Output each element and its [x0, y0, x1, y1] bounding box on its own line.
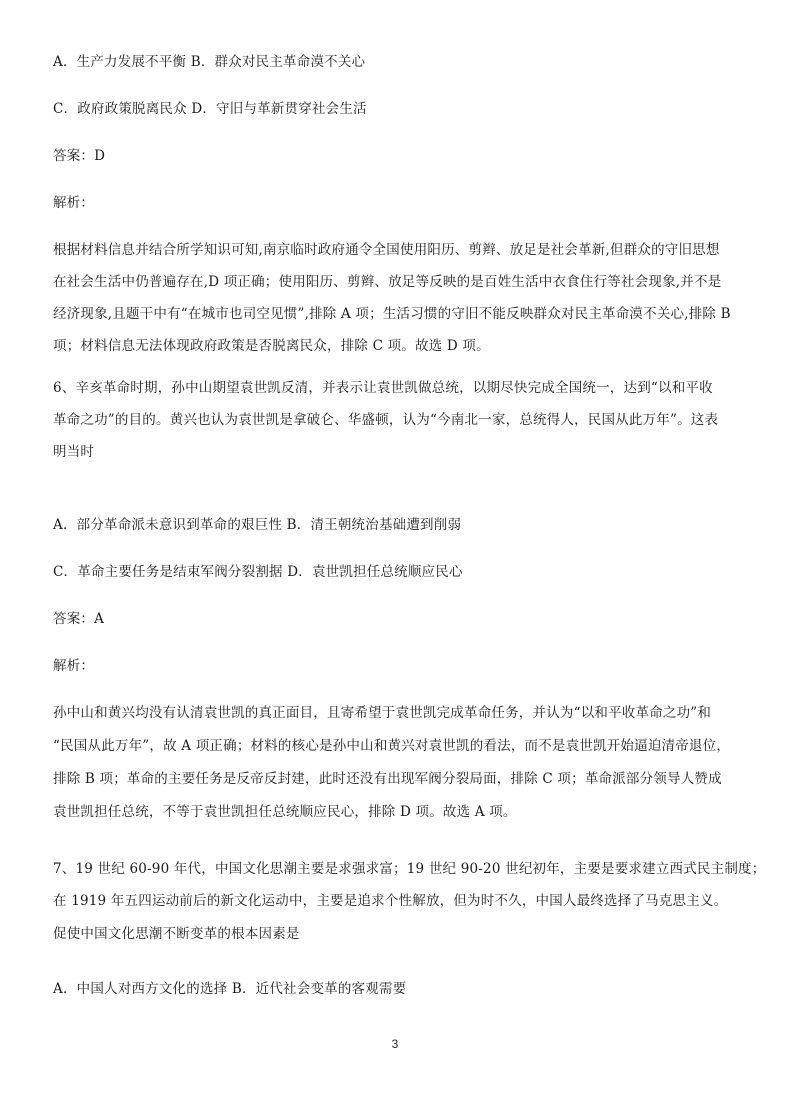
- q6-stem-line: 革命之功”的目的。黄兴也认为袁世凯是拿破仑、华盛顿，认为“今南北一家，总统得人，…: [53, 410, 718, 430]
- q5-analysis-line: 项；材料信息无法体现政府政策是否脱离民众，排除 C 项。故选 D 项。: [53, 336, 490, 356]
- q5-analysis-line: 在社会生活中仍普遍存在,D 项正确；使用阳历、剪辫、放足等反映的是百姓生活中衣食…: [53, 272, 721, 292]
- q5-option-ab: A．生产力发展不平衡 B．群众对民主革命漠不关心: [53, 52, 365, 72]
- q6-option-ab: A．部分革命派未意识到革命的艰巨性 B．清王朝统治基础遭到削弱: [53, 515, 461, 535]
- q5-answer: 答案：D: [53, 146, 105, 166]
- q5-analysis-line: 根据材料信息并结合所学知识可知,南京临时政府通令全国使用阳历、剪辫、放足是社会革…: [53, 240, 720, 260]
- q7-stem-line: 促使中国文化思潮不断变革的根本因素是: [53, 924, 300, 944]
- q6-stem-line: 6、辛亥革命时期，孙中山期望袁世凯反清，并表示让袁世凯做总统，以期尽快完成全国统…: [53, 378, 713, 398]
- document-page: A．生产力发展不平衡 B．群众对民主革命漠不关心 C．政府政策脱离民众 D．守旧…: [0, 0, 790, 1119]
- q6-option-cd: C．革命主要任务是结束军阀分裂割据 D．袁世凯担任总统顺应民心: [53, 562, 463, 582]
- q6-analysis-line: 袁世凯担任总统，不等于袁世凯担任总统顺应民心，排除 D 项。故选 A 项。: [53, 802, 517, 822]
- q6-analysis-line: 孙中山和黄兴均没有认清袁世凯的真正面目，且寄希望于袁世凯完成革命任务，并认为“以…: [53, 703, 711, 723]
- q7-option-ab: A．中国人对西方文化的选择 B．近代社会变革的客观需要: [53, 979, 406, 999]
- page-number: 3: [0, 1037, 790, 1051]
- q6-analysis-label: 解析：: [53, 656, 94, 676]
- q6-answer: 答案：A: [53, 609, 104, 629]
- q6-analysis-line: 排除 B 项；革命的主要任务是反帝反封建，此时还没有出现军阀分裂局面，排除 C …: [53, 769, 722, 789]
- q5-option-cd: C．政府政策脱离民众 D．守旧与革新贯穿社会生活: [53, 99, 367, 119]
- q5-analysis-label: 解析：: [53, 193, 94, 213]
- q6-stem-line: 明当时: [53, 442, 94, 462]
- q7-stem-line: 在 1919 年五四运动前后的新文化运动中，主要是追求个性解放，但为时不久，中国…: [53, 891, 727, 911]
- q5-analysis-line: 经济现象,且题干中有“在城市也司空见惯”,排除 A 项；生活习惯的守旧不能反映群…: [53, 304, 731, 324]
- q7-stem-line: 7、19 世纪 60-90 年代，中国文化思潮主要是求强求富；19 世纪 90-…: [53, 859, 765, 879]
- q6-analysis-line: “民国从此万年”，故 A 项正确；材料的核心是孙中山和黄兴对袁世凯的看法，而不是…: [53, 736, 730, 756]
